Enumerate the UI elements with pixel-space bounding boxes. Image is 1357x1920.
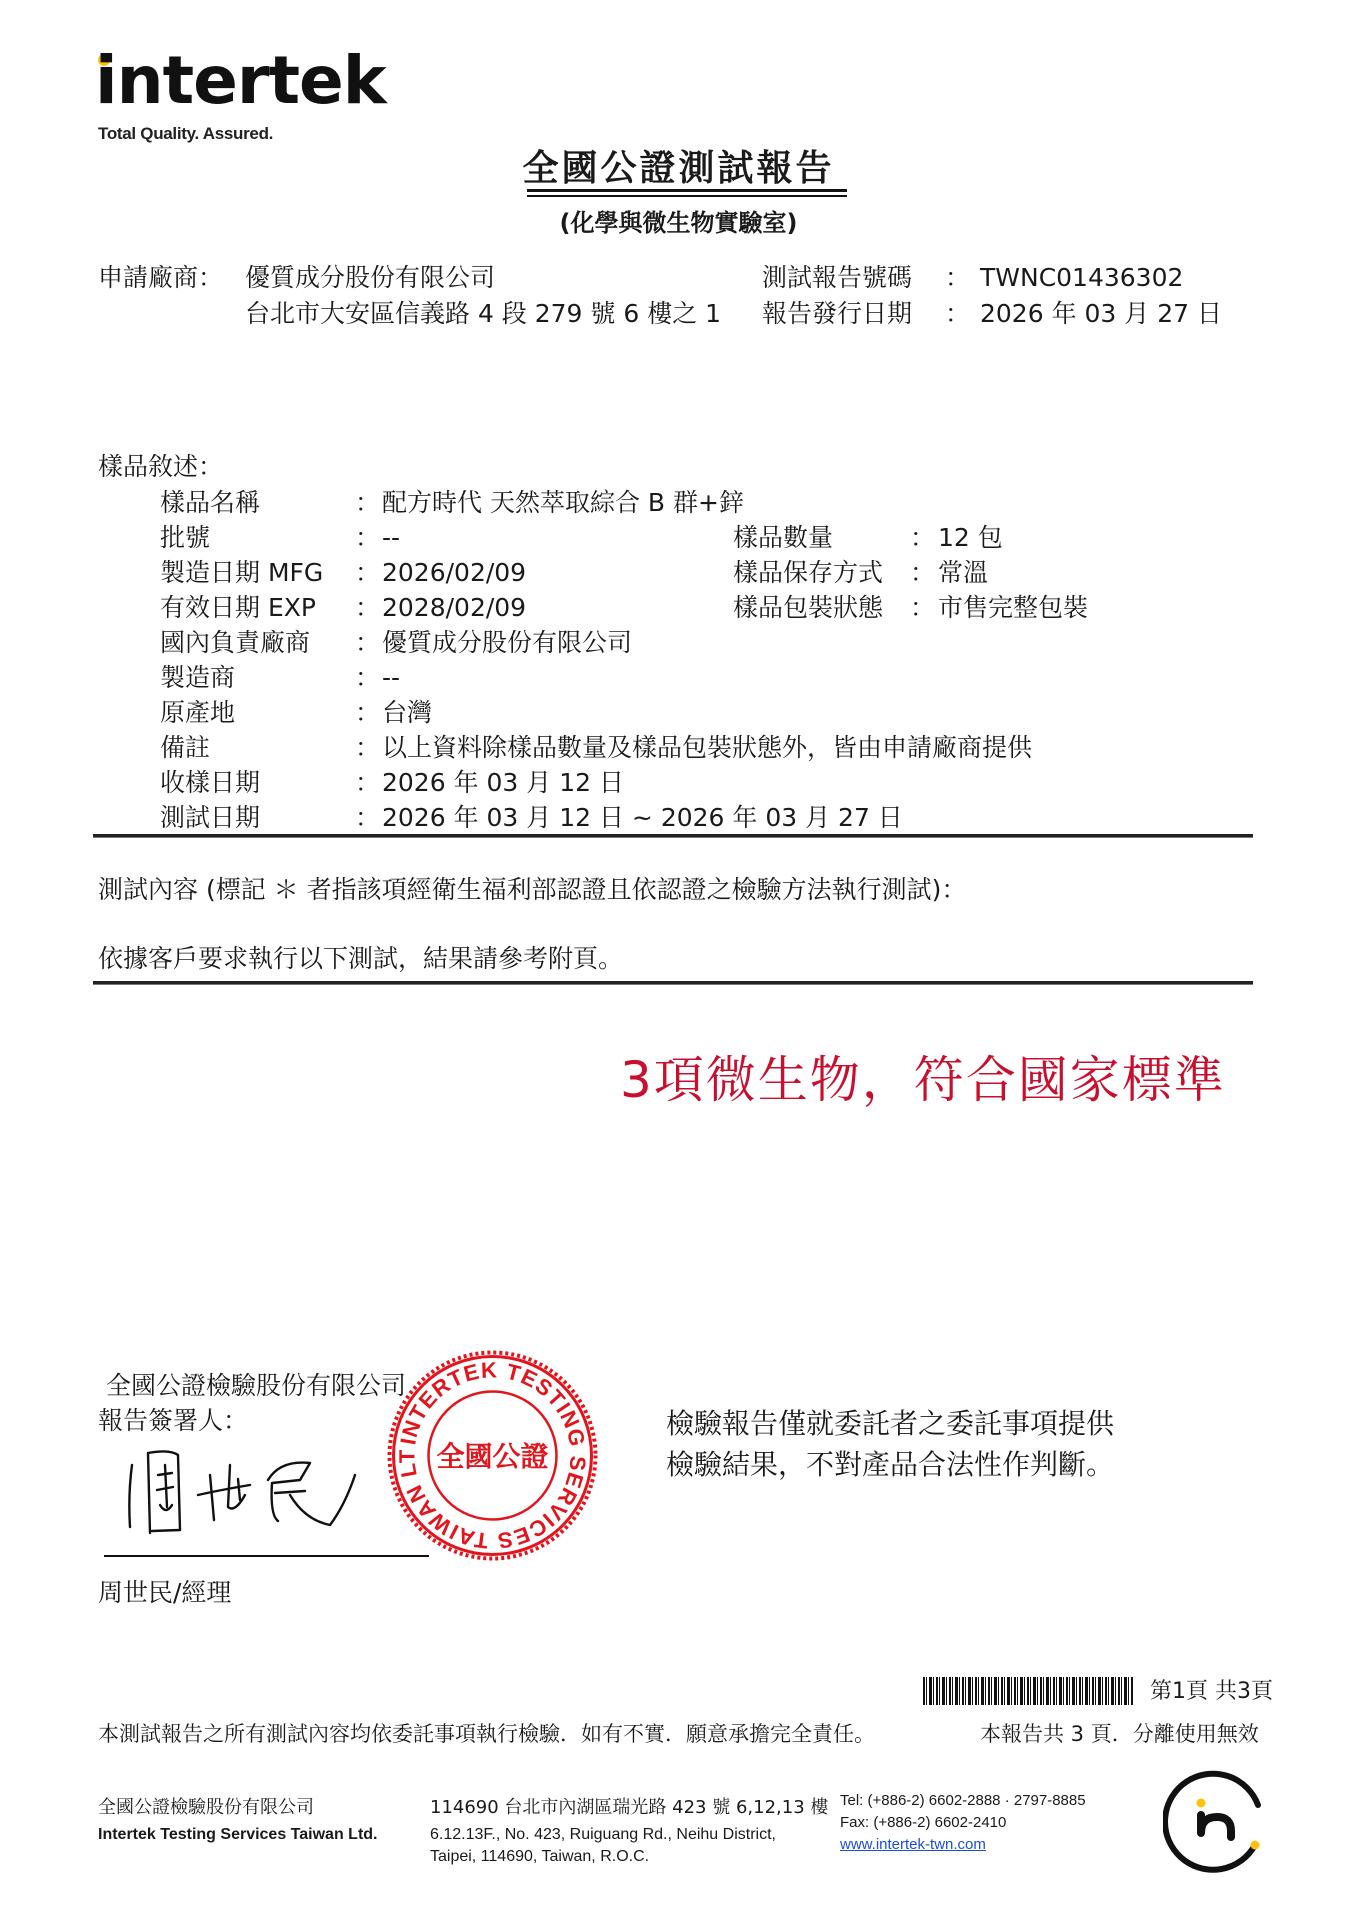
- footer-company-zh: 全國公證檢驗股份有限公司: [98, 1797, 314, 1819]
- field-label: 有效日期 EXP: [160, 591, 316, 625]
- colon: ：: [355, 556, 380, 590]
- footer-fax: Fax: (+886-2) 6602-2410: [840, 1812, 1006, 1834]
- colon: ：: [355, 766, 380, 800]
- colon: ：: [355, 626, 380, 660]
- field-label: 國內負責廠商: [160, 626, 310, 660]
- colon: ：: [355, 521, 380, 555]
- handwritten-signature: [110, 1435, 370, 1545]
- colon: ：: [355, 591, 380, 625]
- field-label: 收樣日期: [160, 766, 260, 800]
- intertek-logo: intertek: [95, 48, 386, 114]
- signer-label: 報告簽署人：: [98, 1404, 248, 1438]
- report-subtitle: (化學與微生物實驗室): [0, 203, 1357, 238]
- field-value: 優質成分股份有限公司: [382, 626, 632, 660]
- applicant-label: 申請廠商：: [98, 261, 223, 295]
- field-value: 台灣: [382, 696, 432, 730]
- intertek-in-logo-icon: [1163, 1765, 1273, 1875]
- signature-line: [104, 1555, 429, 1557]
- applicant-address: 台北市大安區信義路 4 段 279 號 6 樓之 1: [245, 297, 721, 331]
- field-label: 樣品名稱: [160, 486, 260, 520]
- colon: ：: [355, 661, 380, 695]
- field-value: 以上資料除樣品數量及樣品包裝狀態外，皆由申請廠商提供: [382, 731, 1032, 765]
- field-label: 原產地: [160, 696, 235, 730]
- disclaimer-line-1: 檢驗報告僅就委託者之委託事項提供: [666, 1405, 1114, 1443]
- liability-note: 本測試報告之所有測試內容均依委託事項執行檢驗．如有不實．願意承擔完全責任。: [98, 1717, 875, 1751]
- stamp-center-text: 全國公證: [436, 1440, 548, 1473]
- barcode: [923, 1677, 1133, 1705]
- separation-note: 本報告共 3 頁．分離使用無效: [980, 1717, 1259, 1751]
- test-content-heading: 測試內容 (標記 ＊ 者指該項經衛生福利部認證且依認證之檢驗方法執行測試)：: [98, 873, 966, 907]
- colon: ：: [910, 556, 935, 590]
- colon: ：: [355, 696, 380, 730]
- test-content-body: 依據客戶要求執行以下測試，結果請參考附頁。: [98, 942, 623, 976]
- page-info: 第1頁 共3頁: [1150, 1675, 1273, 1709]
- field-value: 常溫: [938, 556, 988, 590]
- colon: ：: [910, 521, 935, 555]
- colon: ：: [910, 591, 935, 625]
- footer-address-zh: 114690 台北市內湖區瑞光路 423 號 6,12,13 樓: [430, 1797, 828, 1819]
- applicant-name: 優質成分股份有限公司: [245, 261, 495, 295]
- colon: ：: [355, 801, 380, 835]
- disclaimer-line-2: 檢驗結果，不對產品合法性作判斷。: [666, 1446, 1114, 1484]
- field-label: 備註: [160, 731, 210, 765]
- company-seal-stamp: INTERTEK TESTING SERVICES TAIWAN LTD. 全國…: [385, 1348, 600, 1563]
- footer-tel: Tel: (+886-2) 6602-2888 · 2797-8885: [840, 1790, 1086, 1812]
- report-title: 全國公證測試報告: [0, 140, 1357, 191]
- colon: ：: [355, 486, 380, 520]
- field-value: 2026/02/09: [382, 556, 526, 590]
- field-value: 配方時代 天然萃取綜合 B 群+鋅: [382, 486, 744, 520]
- field-value: --: [382, 661, 400, 695]
- signer-name-title: 周世民/經理: [98, 1576, 231, 1610]
- report-number-label: 測試報告號碼: [762, 261, 912, 295]
- field-value: 2028/02/09: [382, 591, 526, 625]
- field-value: --: [382, 521, 400, 555]
- report-date-value: 2026 年 03 月 27 日: [980, 297, 1222, 331]
- colon: ：: [945, 297, 970, 331]
- field-label: 樣品數量: [733, 521, 833, 555]
- footer-company-en: Intertek Testing Services Taiwan Ltd.: [98, 1824, 377, 1846]
- title-underline: [527, 189, 847, 192]
- field-label: 製造商: [160, 661, 235, 695]
- field-label: 樣品保存方式: [733, 556, 883, 590]
- field-label: 批號: [160, 521, 210, 555]
- field-label: 製造日期 MFG: [160, 556, 323, 590]
- section-divider: [93, 834, 1253, 838]
- field-label: 樣品包裝狀態: [733, 591, 883, 625]
- report-number-value: TWNC01436302: [980, 261, 1183, 295]
- signing-company: 全國公證檢驗股份有限公司: [106, 1369, 406, 1403]
- title-underline-2: [527, 195, 847, 197]
- colon: ：: [355, 731, 380, 765]
- footer-address-en-2: Taipei, 114690, Taiwan, R.O.C.: [430, 1846, 649, 1868]
- report-date-label: 報告發行日期: [762, 297, 912, 331]
- colon: ：: [945, 261, 970, 295]
- sample-section-label: 樣品敘述：: [98, 450, 223, 484]
- field-value: 12 包: [938, 521, 1003, 555]
- field-value: 2026 年 03 月 12 日: [382, 766, 624, 800]
- field-value: 市售完整包裝: [938, 591, 1088, 625]
- field-label: 測試日期: [160, 801, 260, 835]
- footer-website-link[interactable]: www.intertek-twn.com: [840, 1834, 986, 1856]
- result-highlight: 3項微生物，符合國家標準: [620, 1040, 1226, 1112]
- field-value: 2026 年 03 月 12 日 ~ 2026 年 03 月 27 日: [382, 801, 903, 835]
- section-divider: [93, 981, 1253, 985]
- footer-address-en-1: 6.12.13F., No. 423, Ruiguang Rd., Neihu …: [430, 1824, 776, 1846]
